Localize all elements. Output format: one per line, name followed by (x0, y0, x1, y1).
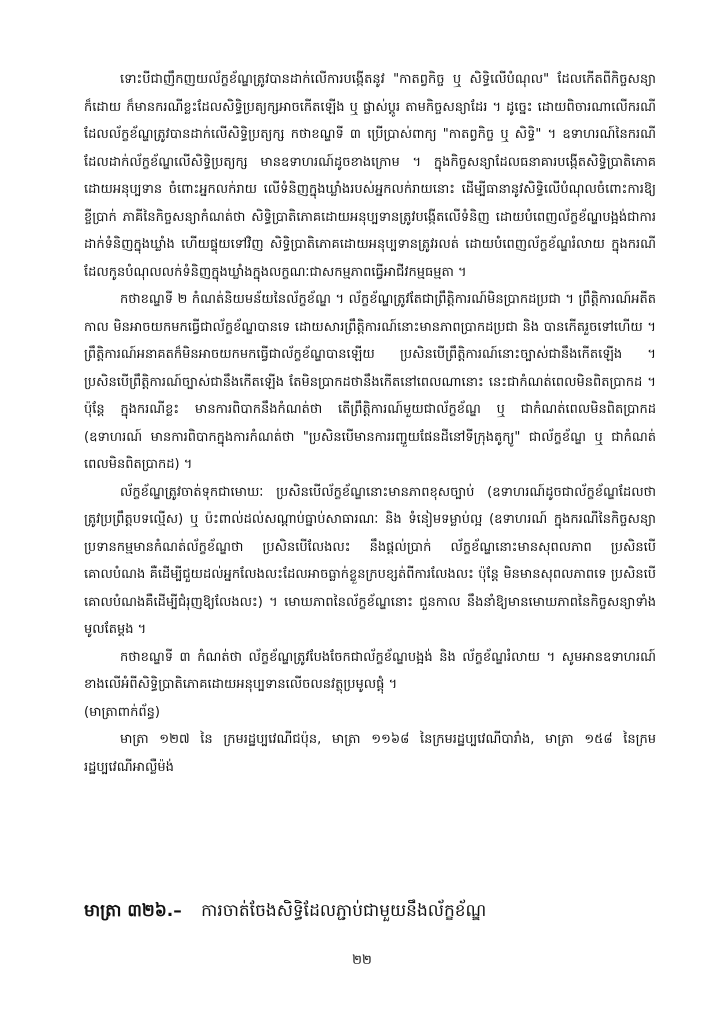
document-body: ទោះបីជាញឹកញយល័ក្ខខ័ណ្ឌត្រូវបានដាក់លើការប… (84, 66, 656, 781)
article-heading: មាត្រា ៣២៦.– ការចាត់ចែងសិទ្ធិដែលភ្ជាប់ជា… (84, 900, 684, 925)
paragraph-1: ទោះបីជាញឹកញយល័ក្ខខ័ណ្ឌត្រូវបានដាក់លើការប… (84, 66, 656, 286)
article-number: មាត្រា ៣២៦.– (84, 901, 182, 921)
page-number: ២២ (0, 952, 724, 971)
related-articles-label: (មាត្រាពាក់ព័ន្ធ) (84, 699, 656, 727)
article-title: ការចាត់ចែងសិទ្ធិដែលភ្ជាប់ជាមួយនឹងល័ក្ខខ័… (201, 901, 486, 921)
paragraph-2: កថាខណ្ឌទី ២ កំណត់និយមន័យនៃល័ក្ខខ័ណ្ឌ ។ ល… (84, 286, 656, 479)
paragraph-3: ល័ក្ខខ័ណ្ឌត្រូវចាត់ទុកជាមោឃៈ ប្រសិនបើល័ក… (84, 479, 656, 644)
paragraph-4: កថាខណ្ឌទី ៣ កំណត់ថា ល័ក្ខខ័ណ្ឌត្រូវបែងចែ… (84, 644, 656, 699)
related-articles-list: មាត្រា ១២៧ នៃ ក្រមរដ្ឋប្បវេណីជប៉ុន, មាត្… (84, 726, 656, 781)
